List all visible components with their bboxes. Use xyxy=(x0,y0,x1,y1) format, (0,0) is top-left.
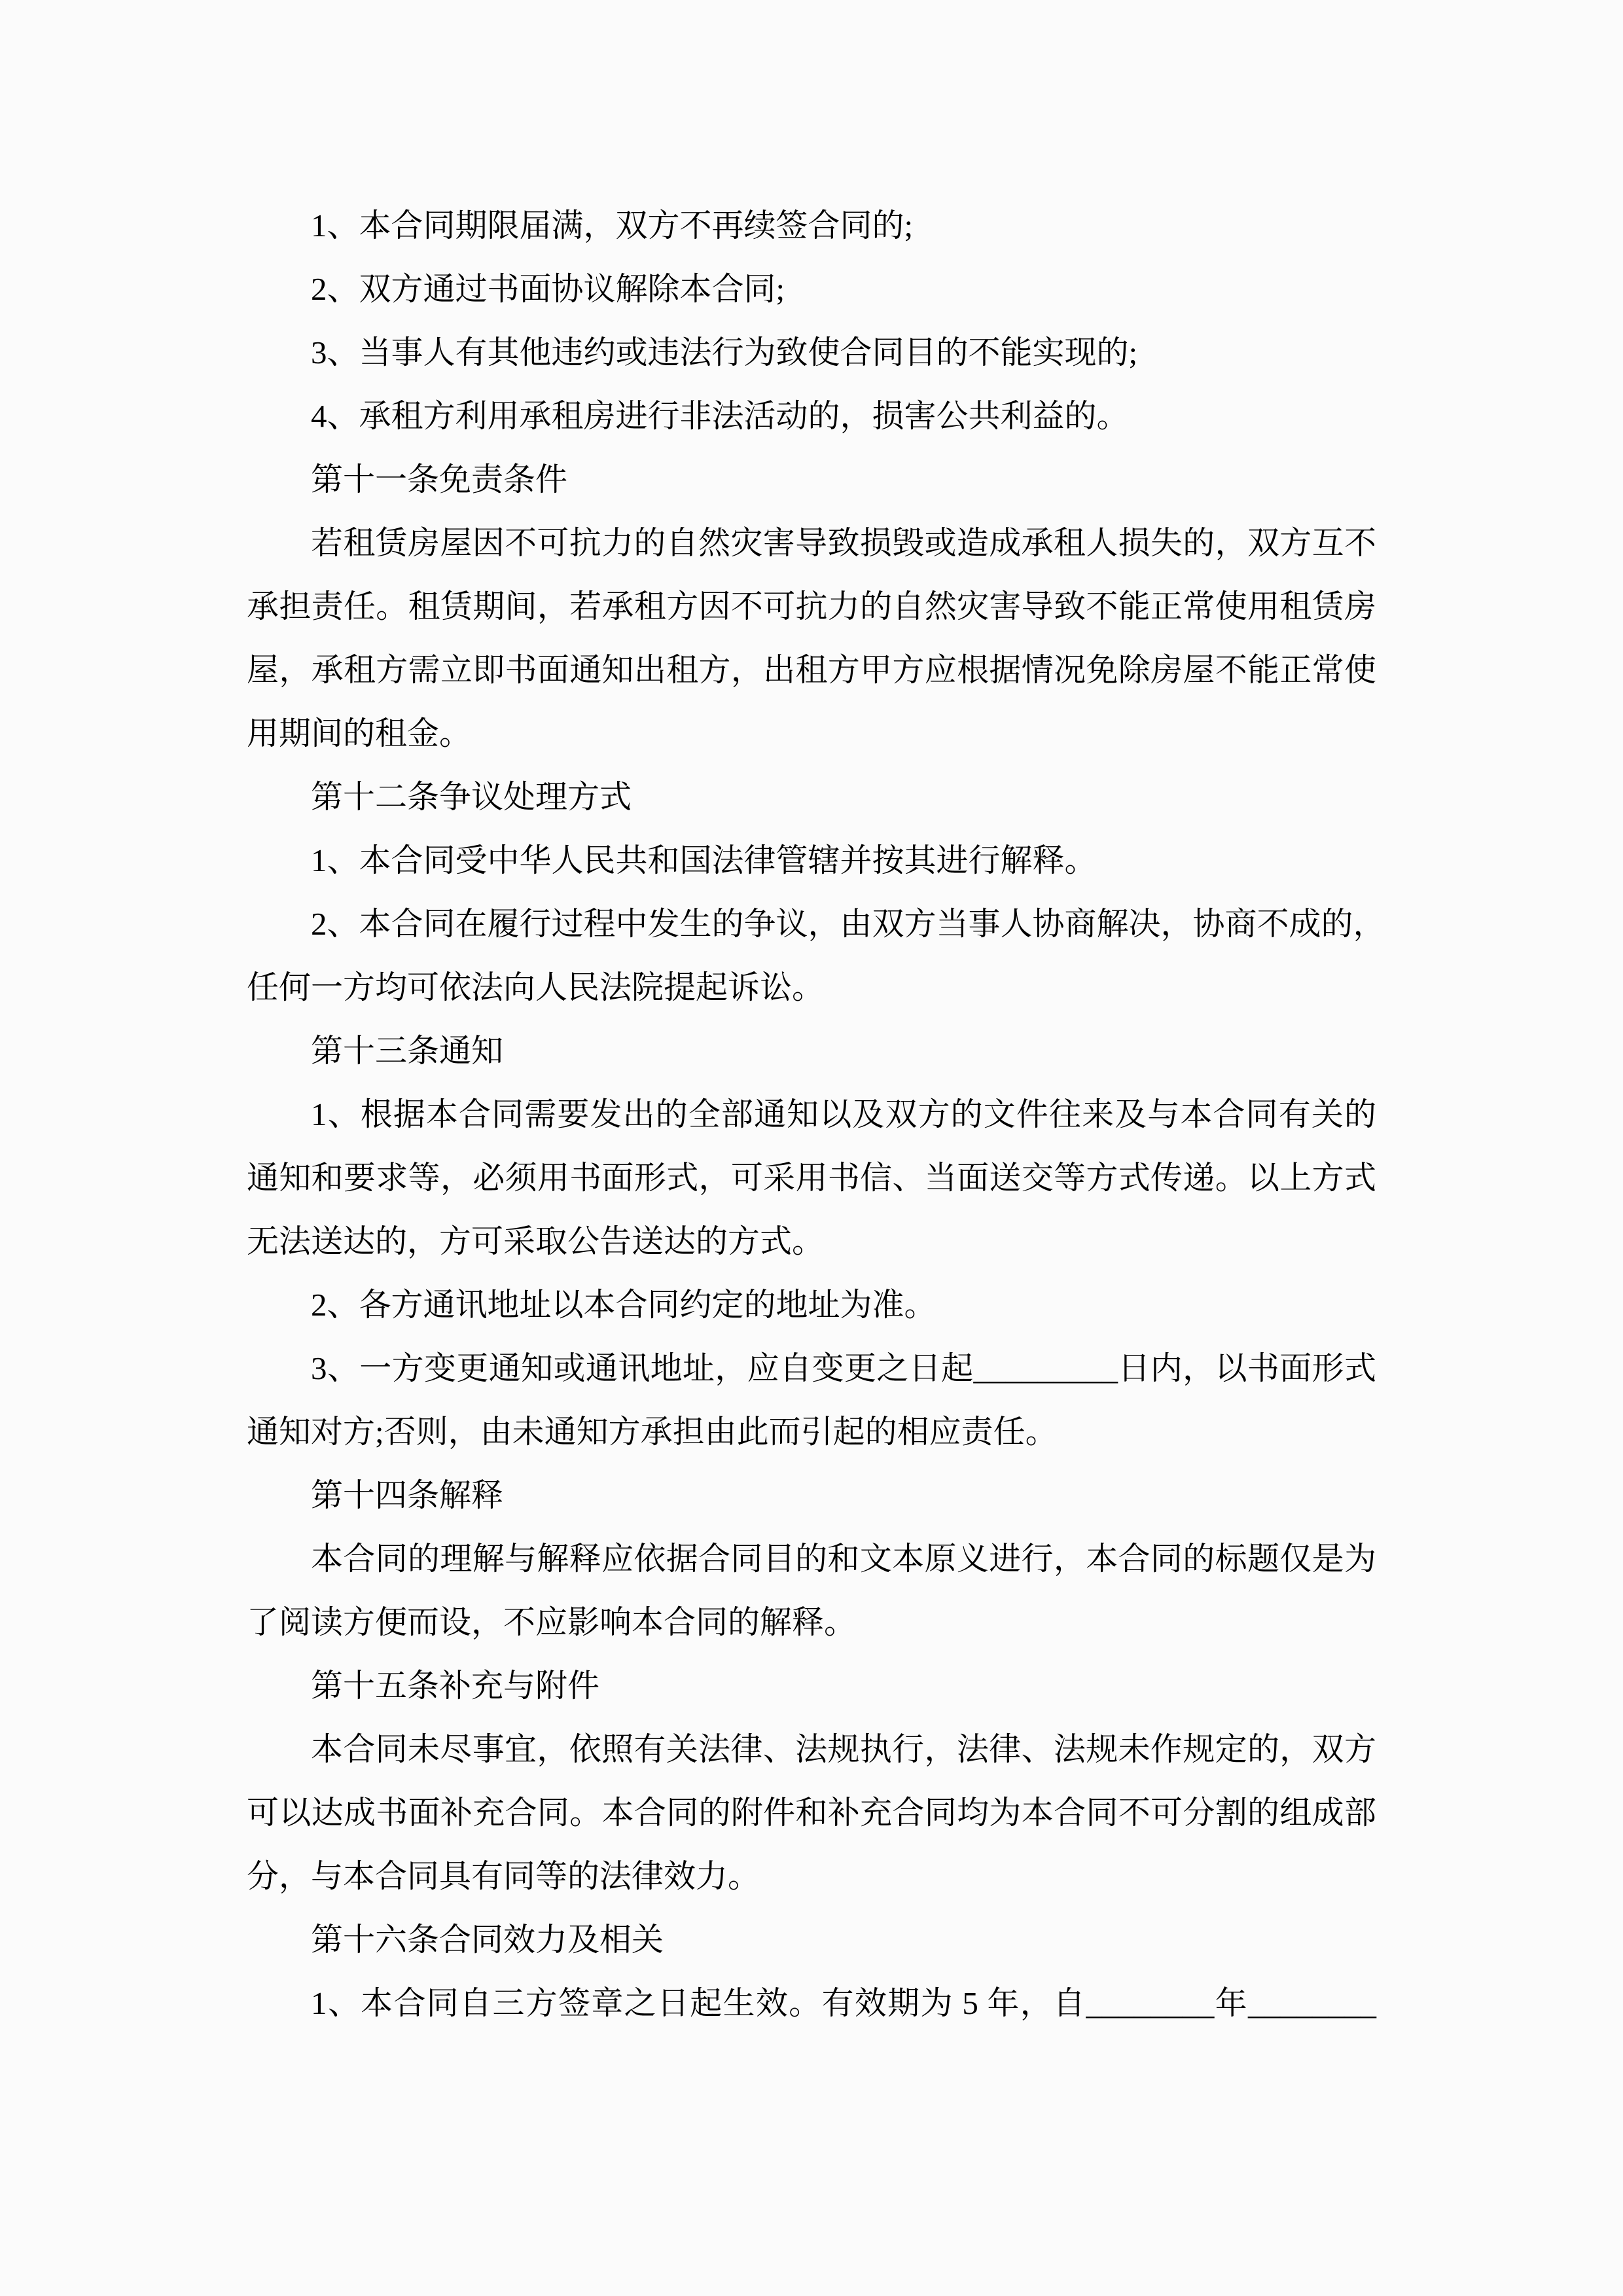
contract-line: 若租赁房屋因不可抗力的自然灾害导致损毁或造成承租人损失的，双方互不 xyxy=(247,511,1376,575)
contract-article-heading: 第十六条合同效力及相关 xyxy=(247,1908,1376,1971)
contract-line: 1、本合同期限届满，双方不再续签合同的; xyxy=(247,194,1376,257)
contract-article-heading: 第十一条免责条件 xyxy=(247,448,1376,511)
contract-line: 可以达成书面补充合同。本合同的附件和补充合同均为本合同不可分割的组成部 xyxy=(247,1781,1376,1844)
contract-line: 3、一方变更通知或通讯地址，应自变更之日起_________日内，以书面形式 xyxy=(247,1336,1376,1400)
contract-line: 承担责任。租赁期间，若承租方因不可抗力的自然灾害导致不能正常使用租赁房 xyxy=(247,575,1376,638)
contract-line: 4、承租方利用承租房进行非法活动的，损害公共利益的。 xyxy=(247,384,1376,448)
contract-article-heading: 第十三条通知 xyxy=(247,1019,1376,1083)
contract-line: 通知对方;否则，由未通知方承担由此而引起的相应责任。 xyxy=(247,1400,1376,1463)
contract-line: 3、当事人有其他违约或违法行为致使合同目的不能实现的; xyxy=(247,321,1376,384)
contract-line: 1、本合同自三方签章之日起生效。有效期为 5 年，自________年_____… xyxy=(247,1971,1376,2035)
contract-line: 分，与本合同具有同等的法律效力。 xyxy=(247,1844,1376,1908)
contract-line: 屋，承租方需立即书面通知出租方，出租方甲方应根据情况免除房屋不能正常使 xyxy=(247,638,1376,702)
contract-line: 1、本合同受中华人民共和国法律管辖并按其进行解释。 xyxy=(247,829,1376,892)
contract-line: 本合同未尽事宜，依照有关法律、法规执行，法律、法规未作规定的，双方 xyxy=(247,1717,1376,1781)
contract-line: 2、双方通过书面协议解除本合同; xyxy=(247,257,1376,321)
contract-line: 2、本合同在履行过程中发生的争议，由双方当事人协商解决，协商不成的， xyxy=(247,892,1376,956)
contract-line: 通知和要求等，必须用书面形式，可采用书信、当面送交等方式传递。以上方式 xyxy=(247,1146,1376,1210)
contract-article-heading: 第十五条补充与附件 xyxy=(247,1654,1376,1717)
contract-line: 2、各方通讯地址以本合同约定的地址为准。 xyxy=(247,1273,1376,1336)
contract-line: 了阅读方便而设，不应影响本合同的解释。 xyxy=(247,1590,1376,1654)
document-page: 1、本合同期限届满，双方不再续签合同的;2、双方通过书面协议解除本合同;3、当事… xyxy=(0,0,1623,2296)
contract-text-block: 1、本合同期限届满，双方不再续签合同的;2、双方通过书面协议解除本合同;3、当事… xyxy=(247,194,1376,2035)
contract-line: 本合同的理解与解释应依据合同目的和文本原义进行，本合同的标题仅是为 xyxy=(247,1527,1376,1590)
contract-line: 1、根据本合同需要发出的全部通知以及双方的文件往来及与本合同有关的 xyxy=(247,1083,1376,1146)
contract-line: 任何一方均可依法向人民法院提起诉讼。 xyxy=(247,956,1376,1019)
contract-article-heading: 第十二条争议处理方式 xyxy=(247,765,1376,829)
contract-article-heading: 第十四条解释 xyxy=(247,1463,1376,1527)
contract-line: 无法送达的，方可采取公告送达的方式。 xyxy=(247,1210,1376,1273)
contract-line: 用期间的租金。 xyxy=(247,702,1376,765)
